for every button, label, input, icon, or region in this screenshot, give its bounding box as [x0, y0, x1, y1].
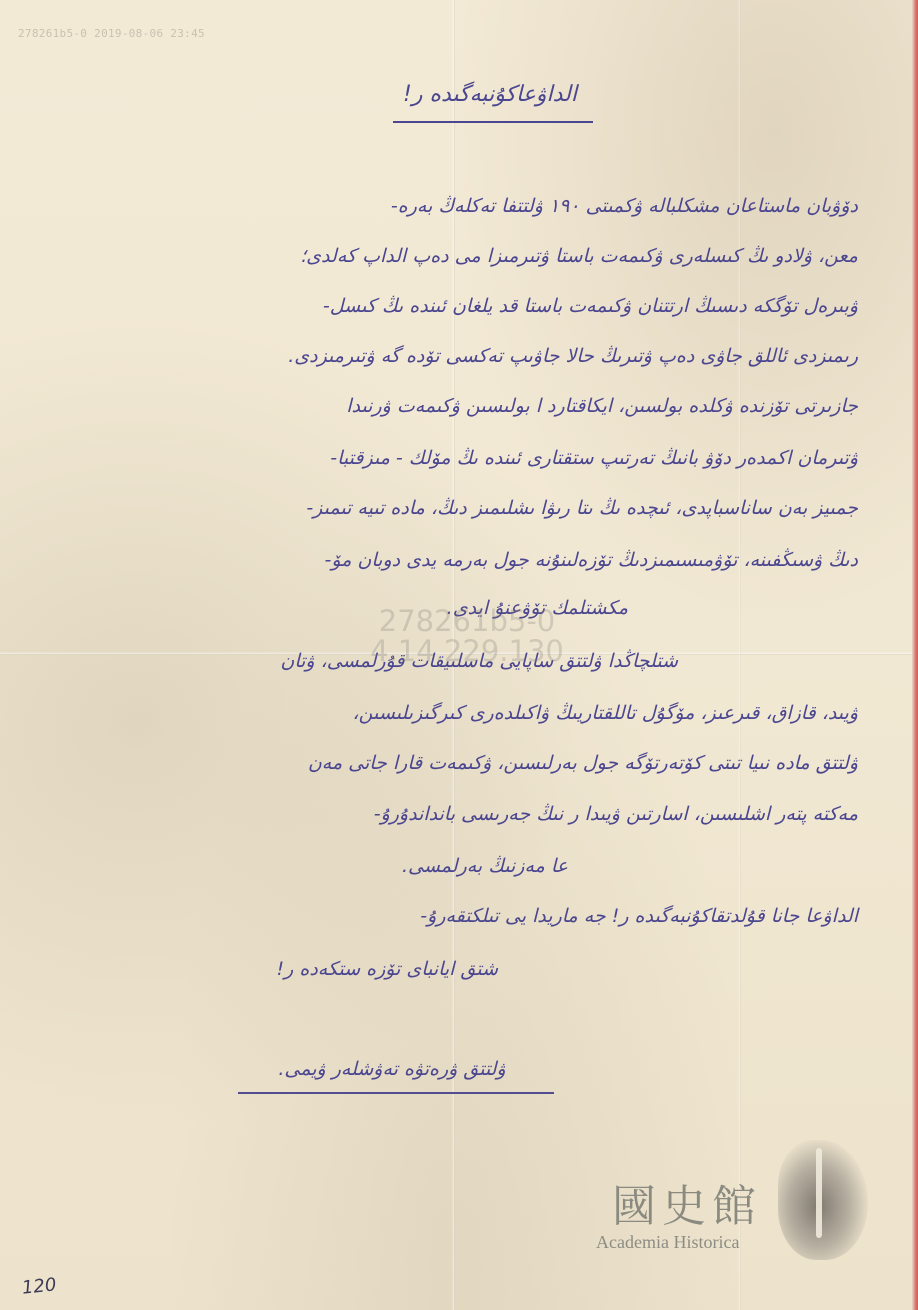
handwritten-line: معن، ۋلادو ىڭ كىسلەرى ۋكىمەت باستا ۋتىرم… [300, 245, 858, 267]
handwritten-line: الداۋعا جانا قۇلدتقاكۇنبەگىدە ر! جە ماري… [420, 905, 858, 927]
watermark-ip: 4.14.229.130 [342, 636, 592, 666]
handwritten-line: ۋيىد، قازاق، قىرعىز، مۆگۇل تاللقتاريىڭ ۋ… [353, 702, 859, 724]
handwritten-line: دىڭ ۋسىڭفىنە، تۆۋمىسىمىزدىڭ تۆزەلىنۇنە ج… [325, 549, 858, 571]
signature: ۋلتتق ۋرەتۋە تەۋشلەر ۋيمى. [232, 1058, 552, 1080]
handwritten-line: ۋبىرەل تۆگكە دىسىڭ ارتتنان ۋكىمەت باستا … [323, 295, 858, 317]
watermark-id: 278261b5-0 [342, 606, 592, 636]
title-underline [393, 121, 593, 123]
logo-chinese-name: 國史館 [612, 1170, 762, 1234]
handwritten-line: عا مەزنىڭ بەرلمسى. [402, 855, 568, 877]
watermark: 278261b5-0 4.14.229.130 [342, 606, 592, 667]
handwritten-line: دۆۋبان ماستاعان مشكلبالە ۋكمىتى ١٩٠ ۋلتت… [391, 195, 858, 217]
logo-english-name: Academia Historica [596, 1232, 739, 1253]
handwritten-line: ۋلتتق مادە نىيا تىتى كۆتەرتۆگە جول بەرلى… [308, 752, 858, 774]
signature-underline [238, 1092, 554, 1094]
logo-ink-mark-icon [778, 1140, 868, 1260]
handwritten-line: رىمىزدى ئاللق جاۋى دەپ ۋتىرىڭ حالا جاۋىپ… [288, 345, 858, 367]
page-number: 120 [21, 1274, 57, 1298]
handwritten-line: مەكتە پتەر اشلىسىن، اسارتىن ۋيىدا ر نىڭ … [374, 803, 858, 825]
paper-edge-red [912, 0, 918, 1310]
academia-historica-logo: 國史館 Academia Historica [590, 1140, 880, 1265]
document-title: الداۋعاكۇنبەگىدە ر! [385, 82, 595, 107]
handwritten-line: جمىيز بەن ساناسباپدى، ئىچدە ىڭ ىتا رىۋا … [306, 497, 858, 519]
scan-timestamp: 278261b5-0 2019-08-06 23:45 [18, 27, 205, 40]
handwritten-line: جازىرتى تۆزندە ۋكلدە بولسىن، ايكاقتارد ا… [346, 395, 858, 417]
handwritten-line: شتق ايانباى تۆزە ستكەدە ر! [277, 958, 498, 980]
handwritten-line: ۋتىرمان اكمدەر دۆۋ بانىڭ تەرتىپ ستقتارى … [330, 447, 858, 469]
